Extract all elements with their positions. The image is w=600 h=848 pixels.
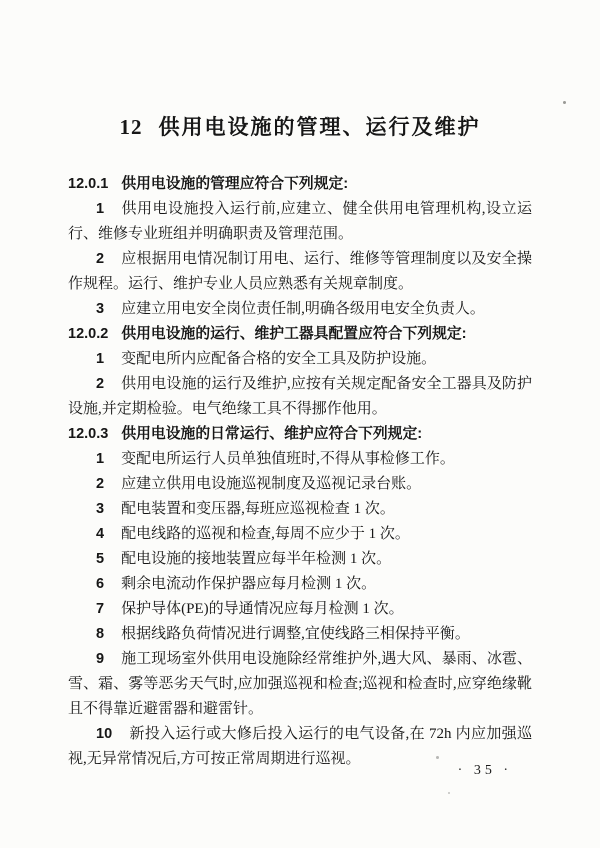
- paragraph: 2应根据用电情况制订用电、运行、维修等管理制度以及安全操作规程。运行、维护专业人…: [68, 247, 532, 297]
- paragraph-text: 变配电所运行人员单独值班时,不得从事检修工作。: [121, 451, 455, 467]
- chapter-title-text: 供用电设施的管理、运行及维护: [159, 115, 481, 139]
- chapter-number: 12: [120, 115, 143, 139]
- paragraph-text: 施工现场室外供用电设施除经常维护外,遇大风、暴雨、冰雹、雪、霜、雾等恶劣天气时,…: [68, 651, 532, 717]
- paragraph: 9施工现场室外供用电设施除经常维护外,遇大风、暴雨、冰雹、雪、霜、雾等恶劣天气时…: [68, 647, 532, 722]
- paragraph-number: 12.0.3: [68, 426, 108, 442]
- paragraph: 2供用电设施的运行及维护,应按有关规定配备安全工器具及防护设施,并定期检验。电气…: [68, 372, 532, 422]
- scan-speck: [563, 101, 566, 104]
- paragraph-number: 6: [96, 576, 104, 592]
- paragraph-number: 1: [96, 451, 104, 467]
- scan-speck: [436, 756, 439, 759]
- paragraph-number: 1: [96, 351, 104, 367]
- paragraph-number: 5: [96, 551, 104, 567]
- paragraph-text: 变配电所内应配备合格的安全工具及防护设施。: [121, 351, 436, 367]
- page-number: · 35 ·: [458, 763, 512, 779]
- paragraph: 12.0.3供用电设施的日常运行、维护应符合下列规定:: [68, 422, 532, 447]
- paragraph: 12.0.1供用电设施的管理应符合下列规定:: [68, 172, 532, 197]
- chapter-title: 12供用电设施的管理、运行及维护: [0, 111, 600, 141]
- paragraph-number: 1: [96, 201, 104, 217]
- paragraph-text: 供用电设施的日常运行、维护应符合下列规定:: [121, 426, 422, 442]
- paragraph-text: 应建立用电安全岗位责任制,明确各级用电安全负责人。: [121, 301, 485, 317]
- paragraph-number: 2: [96, 251, 104, 267]
- paragraph: 4配电线路的巡视和检查,每周不应少于 1 次。: [68, 522, 532, 547]
- paragraph: 3应建立用电安全岗位责任制,明确各级用电安全负责人。: [68, 297, 532, 322]
- paragraph: 7保护导体(PE)的导通情况应每月检测 1 次。: [68, 597, 532, 622]
- paragraph-text: 供用电设施的运行及维护,应按有关规定配备安全工器具及防护设施,并定期检验。电气绝…: [68, 376, 532, 417]
- document-page: 12供用电设施的管理、运行及维护 12.0.1供用电设施的管理应符合下列规定: …: [0, 0, 600, 848]
- paragraph: 3配电装置和变压器,每班应巡视检查 1 次。: [68, 497, 532, 522]
- paragraph-number: 3: [96, 301, 104, 317]
- paragraph-text: 剩余电流动作保护器应每月检测 1 次。: [121, 576, 376, 592]
- paragraph-text: 配电设施的接地装置应每半年检测 1 次。: [121, 551, 391, 567]
- paragraph-text: 供用电设施的运行、维护工器具配置应符合下列规定:: [121, 326, 466, 342]
- paragraph-number: 8: [96, 626, 104, 642]
- paragraph-text: 根据线路负荷情况进行调整,宜使线路三相保持平衡。: [121, 626, 470, 642]
- paragraph-text: 供用电设施投入运行前,应建立、健全供用电管理机构,设立运行、维修专业班组并明确职…: [68, 201, 532, 242]
- paragraph-number: 2: [96, 376, 104, 392]
- document-body: 12.0.1供用电设施的管理应符合下列规定: 1供用电设施投入运行前,应建立、健…: [68, 172, 532, 772]
- paragraph: 6剩余电流动作保护器应每月检测 1 次。: [68, 572, 532, 597]
- paragraph-text: 新投入运行或大修后投入运行的电气设备,在 72h 内应加强巡视,无异常情况后,方…: [68, 726, 532, 767]
- paragraph-number: 3: [96, 501, 104, 517]
- paragraph-number: 9: [96, 651, 104, 667]
- paragraph-text: 配电装置和变压器,每班应巡视检查 1 次。: [121, 501, 395, 517]
- paragraph-text: 保护导体(PE)的导通情况应每月检测 1 次。: [121, 601, 404, 617]
- paragraph: 1变配电所内应配备合格的安全工具及防护设施。: [68, 347, 532, 372]
- paragraph-text: 应建立供用电设施巡视制度及巡视记录台账。: [121, 476, 421, 492]
- paragraph-number: 2: [96, 476, 104, 492]
- paragraph: 5配电设施的接地装置应每半年检测 1 次。: [68, 547, 532, 572]
- paragraph-text: 供用电设施的管理应符合下列规定:: [121, 176, 348, 192]
- paragraph: 1变配电所运行人员单独值班时,不得从事检修工作。: [68, 447, 532, 472]
- paragraph: 8根据线路负荷情况进行调整,宜使线路三相保持平衡。: [68, 622, 532, 647]
- paragraph-number: 10: [96, 726, 112, 742]
- paragraph-number: 12.0.1: [68, 176, 108, 192]
- paragraph-number: 12.0.2: [68, 326, 108, 342]
- paragraph-number: 7: [96, 601, 104, 617]
- paragraph: 12.0.2供用电设施的运行、维护工器具配置应符合下列规定:: [68, 322, 532, 347]
- paragraph-text: 应根据用电情况制订用电、运行、维修等管理制度以及安全操作规程。运行、维护专业人员…: [68, 251, 532, 292]
- paragraph-number: 4: [96, 526, 104, 542]
- scan-speck: [448, 792, 450, 794]
- paragraph: 2应建立供用电设施巡视制度及巡视记录台账。: [68, 472, 532, 497]
- paragraph-text: 配电线路的巡视和检查,每周不应少于 1 次。: [121, 526, 410, 542]
- paragraph: 1供用电设施投入运行前,应建立、健全供用电管理机构,设立运行、维修专业班组并明确…: [68, 197, 532, 247]
